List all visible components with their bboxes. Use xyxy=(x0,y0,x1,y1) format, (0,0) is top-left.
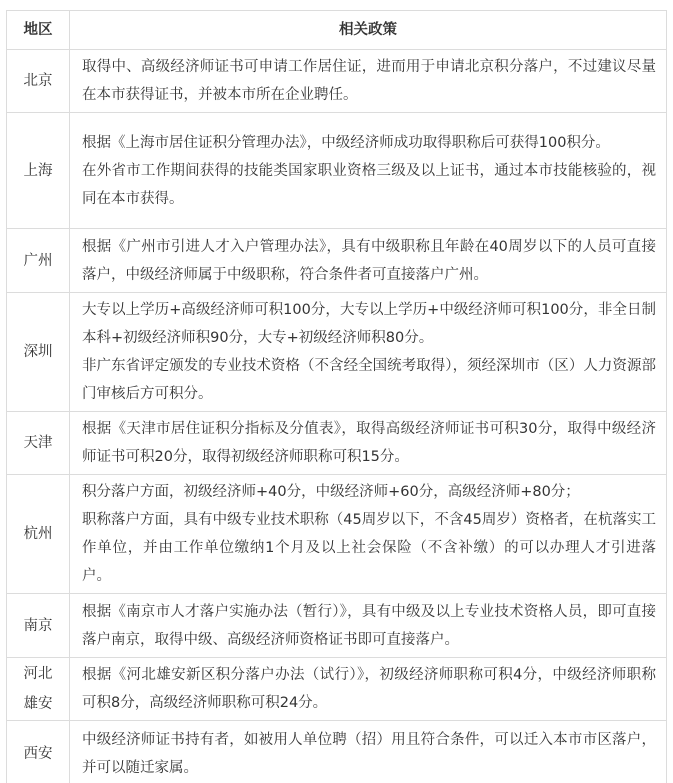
policy-text: 在外省市工作期间获得的技能类国家职业资格三级及以上证书，通过本市技能核验的，视同… xyxy=(82,157,656,213)
region-cell: 深圳 xyxy=(7,293,70,412)
table-row: 北京取得中、高级经济师证书可申请工作居住证，进而用于申请北京积分落户，不过建议尽… xyxy=(7,50,667,113)
region-cell: 西安 xyxy=(7,721,70,783)
policy-text: 积分落户方面，初级经济师+40分，中级经济师+60分，高级经济师+80分； xyxy=(82,478,656,506)
policy-cell: 大专以上学历+高级经济师可积100分，大专以上学历+中级经济师可积100分，非全… xyxy=(70,293,667,412)
region-cell: 上海 xyxy=(7,113,70,229)
region-cell: 杭州 xyxy=(7,475,70,594)
region-cell: 北京 xyxy=(7,50,70,113)
policy-cell: 根据《上海市居住证积分管理办法》，中级经济师成功取得职称后可获得100积分。在外… xyxy=(70,113,667,229)
table-row: 杭州积分落户方面，初级经济师+40分，中级经济师+60分，高级经济师+80分；职… xyxy=(7,475,667,594)
policy-cell: 根据《河北雄安新区积分落户办法（试行）》，初级经济师职称可积4分，中级经济师职称… xyxy=(70,658,667,721)
table-row: 南京根据《南京市人才落户实施办法（暂行）》，具有中级及以上专业技术资格人员，即可… xyxy=(7,594,667,658)
region-cell: 广州 xyxy=(7,229,70,293)
policy-cell: 取得中、高级经济师证书可申请工作居住证，进而用于申请北京积分落户，不过建议尽量在… xyxy=(70,50,667,113)
table-header-row: 地区 相关政策 xyxy=(7,11,667,50)
policy-text: 非广东省评定颁发的专业技术资格（不含经全国统考取得），须经深圳市（区）人力资源部… xyxy=(82,352,656,408)
policy-text: 根据《南京市人才落户实施办法（暂行）》，具有中级及以上专业技术资格人员，即可直接… xyxy=(82,598,656,654)
region-cell: 南京 xyxy=(7,594,70,658)
table-row: 深圳大专以上学历+高级经济师可积100分，大专以上学历+中级经济师可积100分，… xyxy=(7,293,667,412)
header-policy: 相关政策 xyxy=(70,11,667,50)
policy-cell: 根据《天津市居住证积分指标及分值表》，取得高级经济师证书可积30分，取得中级经济… xyxy=(70,412,667,475)
policy-text: 根据《广州市引进人才入户管理办法》，具有中级职称且年龄在40周岁以下的人员可直接… xyxy=(82,233,656,289)
policy-cell: 中级经济师证书持有者，如被用人单位聘（招）用且符合条件，可以迁入本市市区落户，并… xyxy=(70,721,667,783)
policy-text: 职称落户方面，具有中级专业技术职称（45周岁以下，不含45周岁）资格者，在杭落实… xyxy=(82,506,656,590)
region-cell: 河北雄安 xyxy=(7,658,70,721)
policy-text: 根据《天津市居住证积分指标及分值表》，取得高级经济师证书可积30分，取得中级经济… xyxy=(82,415,656,471)
policy-text: 中级经济师证书持有者，如被用人单位聘（招）用且符合条件，可以迁入本市市区落户，并… xyxy=(82,726,656,782)
policy-text: 大专以上学历+高级经济师可积100分，大专以上学历+中级经济师可积100分，非全… xyxy=(82,296,656,352)
table-row: 上海根据《上海市居住证积分管理办法》，中级经济师成功取得职称后可获得100积分。… xyxy=(7,113,667,229)
policy-cell: 根据《广州市引进人才入户管理办法》，具有中级职称且年龄在40周岁以下的人员可直接… xyxy=(70,229,667,293)
header-region: 地区 xyxy=(7,11,70,50)
table-row: 西安中级经济师证书持有者，如被用人单位聘（招）用且符合条件，可以迁入本市市区落户… xyxy=(7,721,667,783)
policy-text: 根据《河北雄安新区积分落户办法（试行）》，初级经济师职称可积4分，中级经济师职称… xyxy=(82,661,656,717)
policy-text: 取得中、高级经济师证书可申请工作居住证，进而用于申请北京积分落户，不过建议尽量在… xyxy=(82,53,656,109)
policy-cell: 积分落户方面，初级经济师+40分，中级经济师+60分，高级经济师+80分；职称落… xyxy=(70,475,667,594)
region-cell: 天津 xyxy=(7,412,70,475)
table-row: 河北雄安根据《河北雄安新区积分落户办法（试行）》，初级经济师职称可积4分，中级经… xyxy=(7,658,667,721)
table-row: 天津根据《天津市居住证积分指标及分值表》，取得高级经济师证书可积30分，取得中级… xyxy=(7,412,667,475)
policy-text: 根据《上海市居住证积分管理办法》，中级经济师成功取得职称后可获得100积分。 xyxy=(82,129,656,157)
table-row: 广州根据《广州市引进人才入户管理办法》，具有中级职称且年龄在40周岁以下的人员可… xyxy=(7,229,667,293)
policy-table: 地区 相关政策 北京取得中、高级经济师证书可申请工作居住证，进而用于申请北京积分… xyxy=(6,10,667,783)
policy-cell: 根据《南京市人才落户实施办法（暂行）》，具有中级及以上专业技术资格人员，即可直接… xyxy=(70,594,667,658)
